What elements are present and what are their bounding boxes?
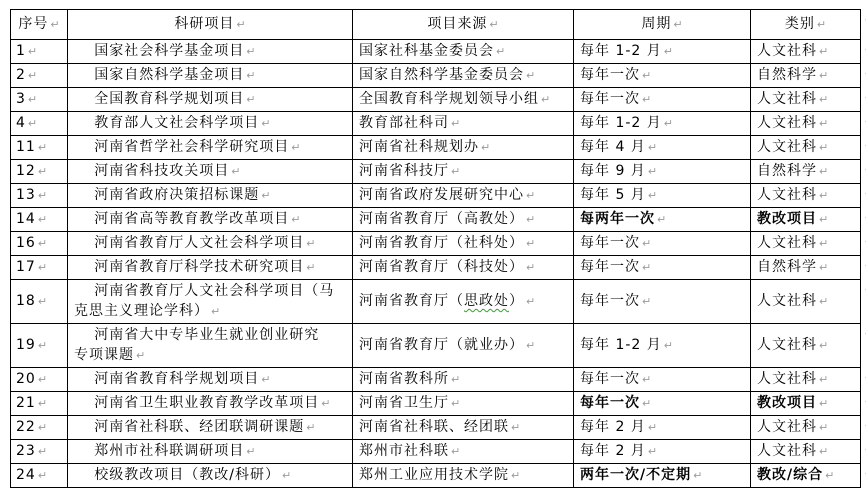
paragraph-mark-icon: ↵	[26, 90, 37, 110]
paragraph-mark-icon: ↵	[209, 302, 220, 322]
paragraph-mark-icon: ↵	[36, 210, 47, 230]
project-category: 教改项目	[757, 395, 817, 411]
col-header-category-label: 类别	[785, 16, 815, 32]
row-index: 23	[16, 443, 36, 459]
cell-cycle[interactable]: 每年 2 月↵	[574, 416, 751, 440]
cell-index[interactable]: 17↵	[11, 256, 68, 280]
project-source: 河南省卫生厅	[359, 395, 449, 411]
cell-cycle[interactable]: 每年 1-2 月↵	[574, 40, 751, 64]
paragraph-mark-icon: ↵	[259, 186, 270, 206]
cell-source[interactable]: 河南省社科联、经团联↵	[353, 416, 574, 440]
cell-cycle[interactable]: 每年 4 月↵	[574, 136, 751, 160]
col-header-cycle[interactable]: 周期↵	[574, 10, 751, 40]
cell-project[interactable]: 河南省社科联、经团联调研课题↵	[68, 416, 353, 440]
header-row: 序号↵ 科研项目↵ 项目来源↵ 周期↵ 类别↵↵	[11, 10, 861, 40]
cell-cycle[interactable]: 两年一次/不定期↵	[574, 464, 751, 488]
project-source: 教育部社科司	[359, 115, 449, 131]
table-row: 20↵ 河南省教育科学规划项目↵ 河南省教科所↵ 每年一次↵ 人文社科↵↵	[11, 368, 861, 392]
project-source: 郑州工业应用技术学院	[359, 467, 509, 483]
paragraph-mark-icon: ↵	[36, 162, 47, 182]
cell-index[interactable]: 4↵	[11, 112, 68, 136]
cell-source[interactable]: 河南省教育厅（思政处）↵	[353, 280, 574, 324]
project-category: 人文社科	[757, 43, 817, 59]
paragraph-mark-icon: ↵	[524, 66, 535, 86]
cell-project[interactable]: 国家自然科学基金项目↵	[68, 64, 353, 88]
paragraph-mark-icon: ↵	[524, 186, 535, 206]
paragraph-mark-icon: ↵	[524, 258, 535, 278]
table-row: 11↵ 河南省哲学社会科学研究项目↵ 河南省社科规划办↵ 每年 4 月↵ 人文社…	[11, 136, 861, 160]
table-row: 16↵ 河南省教育厅人文社会科学项目↵ 河南省教育厅（社科处）↵ 每年一次↵ 人…	[11, 232, 861, 256]
paragraph-mark-icon: ↵	[646, 418, 657, 438]
table-row: 23↵ 郑州市社科联调研项目↵ 郑州市社科联↵ 每年 2 月↵ 人文社科↵↵	[11, 440, 861, 464]
paragraph-mark-icon: ↵	[817, 234, 828, 254]
project-category: 人文社科	[757, 419, 817, 435]
project-cycle: 每年一次	[580, 235, 640, 251]
cell-project[interactable]: 河南省科技攻关项目↵	[68, 160, 353, 184]
paragraph-mark-icon: ↵	[539, 90, 550, 110]
project-category: 人文社科	[757, 235, 817, 251]
cell-source[interactable]: 河南省社科规划办↵	[353, 136, 574, 160]
paragraph-mark-icon: ↵	[640, 90, 651, 110]
paragraph-mark-icon: ↵	[646, 162, 657, 182]
cell-category[interactable]: 人文社科↵↵	[751, 324, 861, 368]
cell-source[interactable]: 全国教育科学规划领导小组↵	[353, 88, 574, 112]
project-cycle: 每年 5 月	[580, 187, 646, 203]
project-source: 河南省教育厅（思政处）	[359, 293, 524, 309]
project-source: 郑州市社科联	[359, 443, 449, 459]
paragraph-mark-icon: ↵	[36, 394, 47, 414]
table-row: 12↵ 河南省科技攻关项目↵ 河南省科技厅↵ 每年 9 月↵ 自然科学↵↵	[11, 160, 861, 184]
cell-cycle[interactable]: 每年 2 月↵	[574, 440, 751, 464]
cell-category[interactable]: 人文社科↵↵	[751, 40, 861, 64]
cell-index[interactable]: 3↵	[11, 88, 68, 112]
paragraph-mark-icon: ↵	[817, 394, 828, 414]
row-index: 16	[16, 235, 36, 251]
paragraph-mark-icon: ↵	[36, 336, 47, 356]
paragraph-mark-icon: ↵	[817, 442, 828, 462]
paragraph-mark-icon: ↵	[244, 66, 255, 86]
paragraph-mark-icon: ↵	[662, 114, 673, 134]
cell-index[interactable]: 19↵	[11, 324, 68, 368]
project-source: 河南省教育厅（高教处）	[359, 211, 524, 227]
row-index: 12	[16, 163, 36, 179]
project-name: 河南省教育厅科学技术研究项目	[94, 259, 304, 275]
paragraph-mark-icon: ↵	[487, 15, 498, 35]
paragraph-mark-icon: ↵	[479, 138, 490, 158]
project-name: 河南省哲学社会科学研究项目	[94, 139, 289, 155]
cell-cycle[interactable]: 每年一次↵	[574, 368, 751, 392]
paragraph-mark-icon: ↵	[36, 418, 47, 438]
project-name: 河南省大中专毕业生就业创业研究 专项课题	[74, 327, 319, 363]
cell-category[interactable]: 人文社科↵↵	[751, 368, 861, 392]
project-source: 河南省科技厅	[359, 163, 449, 179]
paragraph-mark-icon: ↵	[817, 138, 828, 158]
project-category: 教改项目	[757, 211, 817, 227]
paragraph-mark-icon: ↵	[36, 138, 47, 158]
paragraph-mark-icon: ↵	[691, 466, 702, 486]
row-index: 3	[16, 91, 26, 107]
project-category: 人文社科	[757, 91, 817, 107]
paragraph-mark-icon: ↵	[524, 234, 535, 254]
paragraph-mark-icon: ↵	[229, 162, 240, 182]
paragraph-mark-icon: ↵	[662, 336, 673, 356]
cell-project[interactable]: 河南省教育厅人文社会科学项目↵	[68, 232, 353, 256]
cell-source[interactable]: 河南省教育厅（高教处）↵	[353, 208, 574, 232]
paragraph-mark-icon: ↵	[244, 42, 255, 62]
paragraph-mark-icon: ↵	[304, 258, 315, 278]
spellcheck-squiggle: 思政处	[464, 293, 509, 309]
project-cycle: 每年一次	[580, 67, 640, 83]
paragraph-mark-icon: ↵	[640, 234, 651, 254]
paragraph-mark-icon: ↵	[36, 186, 47, 206]
project-source: 国家社科基金委员会	[359, 43, 494, 59]
project-cycle: 每年 1-2 月	[580, 337, 662, 353]
project-cycle: 每年一次	[580, 371, 640, 387]
cell-cycle[interactable]: 每两年一次↵	[574, 208, 751, 232]
project-name: 河南省社科联、经团联调研课题	[94, 419, 304, 435]
project-name: 国家自然科学基金项目	[94, 67, 244, 83]
col-header-project[interactable]: 科研项目↵	[68, 10, 353, 40]
paragraph-mark-icon: ↵	[823, 466, 834, 486]
paragraph-mark-icon: ↵	[817, 210, 828, 230]
table-row: 4↵ 教育部人文社会科学项目↵ 教育部社科司↵ 每年 1-2 月↵ 人文社科↵↵	[11, 112, 861, 136]
table-row: 19↵ 河南省大中专毕业生就业创业研究 专项课题↵ 河南省教育厅（就业办）↵ 每…	[11, 324, 861, 368]
paragraph-mark-icon: ↵	[524, 336, 535, 356]
project-cycle: 每两年一次	[580, 211, 655, 227]
cell-category[interactable]: 教改项目↵↵	[751, 392, 861, 416]
project-source: 河南省政府发展研究中心	[359, 187, 524, 203]
col-header-index-label: 序号	[18, 16, 48, 32]
col-header-index[interactable]: 序号↵	[11, 10, 68, 40]
project-cycle: 每年一次	[580, 395, 640, 411]
paragraph-mark-icon: ↵	[640, 258, 651, 278]
project-cycle: 每年一次	[580, 91, 640, 107]
col-header-source[interactable]: 项目来源↵	[353, 10, 574, 40]
cell-project[interactable]: 河南省教育科学规划项目↵	[68, 368, 353, 392]
project-category: 人文社科	[757, 371, 817, 387]
project-cycle: 每年一次	[580, 259, 640, 275]
cell-project[interactable]: 河南省大中专毕业生就业创业研究 专项课题↵	[68, 324, 353, 368]
paragraph-mark-icon: ↵	[449, 394, 460, 414]
paragraph-mark-icon: ↵	[134, 346, 145, 366]
cell-source[interactable]: 国家社科基金委员会↵	[353, 40, 574, 64]
paragraph-mark-icon: ↵	[26, 42, 37, 62]
paragraph-mark-icon: ↵	[259, 114, 270, 134]
project-cycle: 每年 4 月	[580, 139, 646, 155]
paragraph-mark-icon: ↵	[289, 138, 300, 158]
table-row: 22↵ 河南省社科联、经团联调研课题↵ 河南省社科联、经团联↵ 每年 2 月↵ …	[11, 416, 861, 440]
paragraph-mark-icon: ↵	[817, 418, 828, 438]
paragraph-mark-icon: ↵	[655, 210, 666, 230]
cell-category[interactable]: 自然科学↵↵	[751, 64, 861, 88]
cell-cycle[interactable]: 每年 5 月↵	[574, 184, 751, 208]
project-cycle: 两年一次/不定期	[580, 467, 691, 483]
col-header-cycle-label: 周期	[641, 16, 671, 32]
project-name: 河南省教育厅人文社会科学项目（马 克思主义理论学科）	[74, 283, 334, 319]
cell-category[interactable]: 人文社科↵↵	[751, 112, 861, 136]
paragraph-mark-icon: ↵	[524, 210, 535, 230]
row-index: 14	[16, 211, 36, 227]
cell-index[interactable]: 11↵	[11, 136, 68, 160]
row-index: 18	[16, 293, 36, 309]
paragraph-mark-icon: ↵	[640, 370, 651, 390]
cell-category[interactable]: 人文社科↵↵	[751, 88, 861, 112]
cell-cycle[interactable]: 每年一次↵	[574, 64, 751, 88]
cell-project[interactable]: 河南省教育厅人文社会科学项目（马 克思主义理论学科）↵	[68, 280, 353, 324]
paragraph-mark-icon: ↵	[509, 466, 520, 486]
cell-source[interactable]: 河南省教育厅（科技处）↵	[353, 256, 574, 280]
col-header-category[interactable]: 类别↵↵	[751, 10, 861, 40]
cell-index[interactable]: 21↵	[11, 392, 68, 416]
cell-cycle[interactable]: 每年一次↵	[574, 256, 751, 280]
cell-project[interactable]: 校级教改项目（教改/科研）↵	[68, 464, 353, 488]
project-cycle: 每年 9 月	[580, 163, 646, 179]
cell-category[interactable]: 人文社科↵↵	[751, 136, 861, 160]
cell-source[interactable]: 河南省科技厅↵	[353, 160, 574, 184]
paragraph-mark-icon: ↵	[36, 466, 47, 486]
paragraph-mark-icon: ↵	[817, 336, 828, 356]
cell-category[interactable]: 自然科学↵↵	[751, 256, 861, 280]
cell-index[interactable]: 20↵	[11, 368, 68, 392]
project-name: 校级教改项目（教改/科研）	[94, 467, 280, 483]
table-row: 13↵ 河南省政府决策招标课题↵ 河南省政府发展研究中心↵ 每年 5 月↵ 人文…	[11, 184, 861, 208]
project-source: 河南省社科规划办	[359, 139, 479, 155]
cell-project[interactable]: 全国教育科学规划项目↵	[68, 88, 353, 112]
cell-cycle[interactable]: 每年一次↵	[574, 280, 751, 324]
cell-category[interactable]: 教改项目↵↵	[751, 208, 861, 232]
project-name: 全国教育科学规划项目	[94, 91, 244, 107]
cell-category[interactable]: 人文社科↵↵	[751, 280, 861, 324]
table-row: 3↵ 全国教育科学规划项目↵ 全国教育科学规划领导小组↵ 每年一次↵ 人文社科↵…	[11, 88, 861, 112]
paragraph-mark-icon: ↵	[817, 90, 828, 110]
row-index: 20	[16, 371, 36, 387]
row-index: 2	[16, 67, 26, 83]
paragraph-mark-icon: ↵	[646, 442, 657, 462]
cell-category[interactable]: 自然科学↵↵	[751, 160, 861, 184]
paragraph-mark-icon: ↵	[494, 42, 505, 62]
paragraph-mark-icon: ↵	[36, 370, 47, 390]
row-index: 13	[16, 187, 36, 203]
row-index: 11	[16, 139, 36, 155]
table-row: 21↵ 河南省卫生职业教育教学改革项目↵ 河南省卫生厅↵ 每年一次↵ 教改项目↵…	[11, 392, 861, 416]
paragraph-mark-icon: ↵	[26, 66, 37, 86]
paragraph-mark-icon: ↵	[289, 210, 300, 230]
col-header-source-label: 项目来源	[427, 16, 487, 32]
cell-cycle[interactable]: 每年 1-2 月↵	[574, 324, 751, 368]
paragraph-mark-icon: ↵	[304, 234, 315, 254]
paragraph-mark-icon: ↵	[640, 66, 651, 86]
project-name: 河南省教育厅人文社会科学项目	[94, 235, 304, 251]
project-source: 河南省教育厅（就业办）	[359, 337, 524, 353]
cell-index[interactable]: 16↵	[11, 232, 68, 256]
project-cycle: 每年一次	[580, 293, 640, 309]
row-index: 24	[16, 467, 36, 483]
paragraph-mark-icon: ↵	[524, 292, 535, 312]
paragraph-mark-icon: ↵	[817, 258, 828, 278]
project-category: 人文社科	[757, 115, 817, 131]
table-row: 14↵ 河南省高等教育教学改革项目↵ 河南省教育厅（高教处）↵ 每两年一次↵ 教…	[11, 208, 861, 232]
paragraph-mark-icon: ↵	[48, 15, 59, 35]
paragraph-mark-icon: ↵	[244, 442, 255, 462]
paragraph-mark-icon: ↵	[509, 418, 520, 438]
paragraph-mark-icon: ↵	[244, 90, 255, 110]
table-row: 1↵ 国家社会科学基金项目↵ 国家社科基金委员会↵ 每年 1-2 月↵ 人文社科…	[11, 40, 861, 64]
cell-project[interactable]: 河南省卫生职业教育教学改革项目↵	[68, 392, 353, 416]
cell-index[interactable]: 12↵	[11, 160, 68, 184]
project-source: 全国教育科学规划领导小组	[359, 91, 539, 107]
cell-source[interactable]: 河南省教育厅（就业办）↵	[353, 324, 574, 368]
project-source: 河南省教育厅（科技处）	[359, 259, 524, 275]
cell-source[interactable]: 河南省教科所↵	[353, 368, 574, 392]
paragraph-mark-icon: ↵	[26, 114, 37, 134]
cell-cycle[interactable]: 每年一次↵	[574, 392, 751, 416]
project-name: 河南省政府决策招标课题	[94, 187, 259, 203]
paragraph-mark-icon: ↵	[662, 42, 673, 62]
paragraph-mark-icon: ↵	[449, 114, 460, 134]
cell-source[interactable]: 国家自然科学基金委员会↵	[353, 64, 574, 88]
document-page: 序号↵ 科研项目↵ 项目来源↵ 周期↵ 类别↵↵ 1↵ 国家社会科学基金项目↵ …	[0, 0, 866, 488]
paragraph-mark-icon: ↵	[671, 15, 682, 35]
cell-index[interactable]: 1↵	[11, 40, 68, 64]
project-category: 人文社科	[757, 187, 817, 203]
cell-index[interactable]: 22↵	[11, 416, 68, 440]
row-index: 1	[16, 43, 26, 59]
cell-cycle[interactable]: 每年 9 月↵	[574, 160, 751, 184]
cell-cycle[interactable]: 每年一次↵	[574, 232, 751, 256]
research-projects-table: 序号↵ 科研项目↵ 项目来源↵ 周期↵ 类别↵↵ 1↵ 国家社会科学基金项目↵ …	[10, 9, 861, 488]
paragraph-mark-icon: ↵	[304, 418, 315, 438]
paragraph-mark-icon: ↵	[640, 292, 651, 312]
cell-index[interactable]: 23↵	[11, 440, 68, 464]
paragraph-mark-icon: ↵	[449, 162, 460, 182]
paragraph-mark-icon: ↵	[449, 370, 460, 390]
paragraph-mark-icon: ↵	[646, 186, 657, 206]
table-row: 17↵ 河南省教育厅科学技术研究项目↵ 河南省教育厅（科技处）↵ 每年一次↵ 自…	[11, 256, 861, 280]
table-row: 18↵ 河南省教育厅人文社会科学项目（马 克思主义理论学科）↵ 河南省教育厅（思…	[11, 280, 861, 324]
project-cycle: 每年 2 月	[580, 419, 646, 435]
paragraph-mark-icon: ↵	[280, 466, 291, 486]
project-category: 自然科学	[757, 259, 817, 275]
project-name: 河南省高等教育教学改革项目	[94, 211, 289, 227]
cell-index[interactable]: 13↵	[11, 184, 68, 208]
cell-category[interactable]: 人文社科↵↵	[751, 184, 861, 208]
project-source: 河南省教科所	[359, 371, 449, 387]
row-index: 19	[16, 337, 36, 353]
project-name: 教育部人文社会科学项目	[94, 115, 259, 131]
cell-project[interactable]: 河南省高等教育教学改革项目↵	[68, 208, 353, 232]
project-source: 河南省社科联、经团联	[359, 419, 509, 435]
project-cycle: 每年 2 月	[580, 443, 646, 459]
cell-source[interactable]: 河南省教育厅（社科处）↵	[353, 232, 574, 256]
project-cycle: 每年 1-2 月	[580, 115, 662, 131]
project-category: 教改/综合	[757, 467, 823, 483]
project-name: 国家社会科学基金项目	[94, 43, 244, 59]
cell-index[interactable]: 18↵	[11, 280, 68, 324]
row-index: 21	[16, 395, 36, 411]
paragraph-mark-icon: ↵	[36, 258, 47, 278]
cell-project[interactable]: 河南省政府决策招标课题↵	[68, 184, 353, 208]
table-row: 2↵ 国家自然科学基金项目↵ 国家自然科学基金委员会↵ 每年一次↵ 自然科学↵↵	[11, 64, 861, 88]
paragraph-mark-icon: ↵	[817, 370, 828, 390]
paragraph-mark-icon: ↵	[36, 234, 47, 254]
project-name: 河南省科技攻关项目	[94, 163, 229, 179]
project-name: 河南省教育科学规划项目	[94, 371, 259, 387]
paragraph-mark-icon: ↵	[817, 66, 828, 86]
cell-source[interactable]: 教育部社科司↵	[353, 112, 574, 136]
project-source: 河南省教育厅（社科处）	[359, 235, 524, 251]
project-cycle: 每年 1-2 月	[580, 43, 662, 59]
cell-source[interactable]: 河南省卫生厅↵	[353, 392, 574, 416]
cell-category[interactable]: 人文社科↵↵	[751, 232, 861, 256]
paragraph-mark-icon: ↵	[817, 42, 828, 62]
paragraph-mark-icon: ↵	[449, 442, 460, 462]
cell-category[interactable]: 教改/综合↵↵	[751, 464, 861, 488]
cell-project[interactable]: 河南省哲学社会科学研究项目↵	[68, 136, 353, 160]
project-category: 人文社科	[757, 293, 817, 309]
col-header-project-label: 科研项目	[174, 16, 234, 32]
project-category: 自然科学	[757, 163, 817, 179]
paragraph-mark-icon: ↵	[640, 394, 651, 414]
project-name: 河南省卫生职业教育教学改革项目	[94, 395, 319, 411]
paragraph-mark-icon: ↵	[815, 15, 826, 35]
paragraph-mark-icon: ↵	[817, 186, 828, 206]
paragraph-mark-icon: ↵	[234, 15, 245, 35]
project-category: 人文社科	[757, 139, 817, 155]
project-category: 自然科学	[757, 67, 817, 83]
cell-source[interactable]: 河南省政府发展研究中心↵	[353, 184, 574, 208]
cell-cycle[interactable]: 每年一次↵	[574, 88, 751, 112]
cell-category[interactable]: 人文社科↵↵	[751, 416, 861, 440]
cell-source[interactable]: 郑州工业应用技术学院↵	[353, 464, 574, 488]
paragraph-mark-icon: ↵	[817, 114, 828, 134]
paragraph-mark-icon: ↵	[817, 292, 828, 312]
cell-project[interactable]: 河南省教育厅科学技术研究项目↵	[68, 256, 353, 280]
project-source: 国家自然科学基金委员会	[359, 67, 524, 83]
paragraph-mark-icon: ↵	[319, 394, 330, 414]
paragraph-mark-icon: ↵	[817, 162, 828, 182]
project-category: 人文社科	[757, 443, 817, 459]
row-index: 22	[16, 419, 36, 435]
project-name: 郑州市社科联调研项目	[94, 443, 244, 459]
paragraph-mark-icon: ↵	[36, 292, 47, 312]
cell-category[interactable]: 人文社科↵↵	[751, 440, 861, 464]
row-index: 4	[16, 115, 26, 131]
cell-cycle[interactable]: 每年 1-2 月↵	[574, 112, 751, 136]
paragraph-mark-icon: ↵	[259, 370, 270, 390]
cell-index[interactable]: 2↵	[11, 64, 68, 88]
cell-index[interactable]: 14↵	[11, 208, 68, 232]
cell-project[interactable]: 教育部人文社会科学项目↵	[68, 112, 353, 136]
cell-source[interactable]: 郑州市社科联↵	[353, 440, 574, 464]
paragraph-mark-icon: ↵	[646, 138, 657, 158]
table-row: 24↵ 校级教改项目（教改/科研）↵ 郑州工业应用技术学院↵ 两年一次/不定期↵…	[11, 464, 861, 488]
cell-project[interactable]: 国家社会科学基金项目↵	[68, 40, 353, 64]
cell-project[interactable]: 郑州市社科联调研项目↵	[68, 440, 353, 464]
paragraph-mark-icon: ↵	[36, 442, 47, 462]
cell-index[interactable]: 24↵	[11, 464, 68, 488]
project-category: 人文社科	[757, 337, 817, 353]
row-index: 17	[16, 259, 36, 275]
